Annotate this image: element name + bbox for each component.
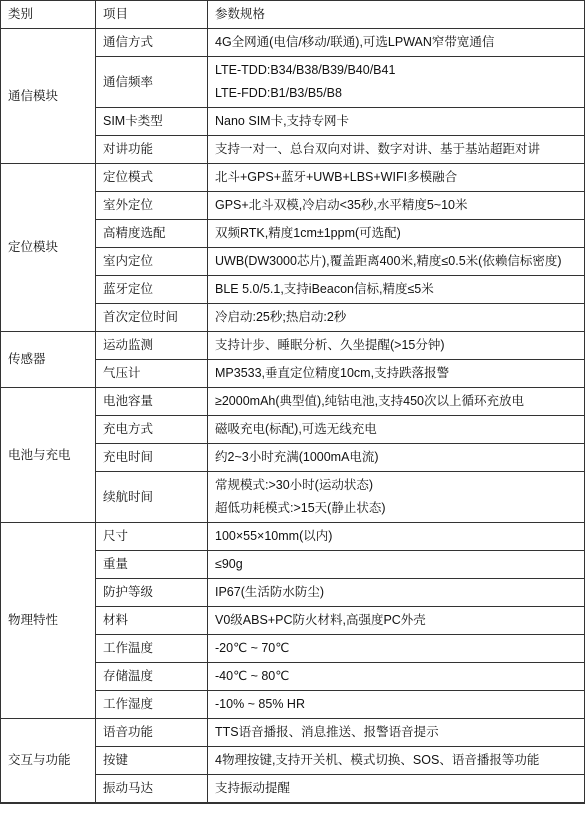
value-line: 磁吸充电(标配),可选无线充电 [215, 418, 577, 441]
value-cell: 北斗+GPS+蓝牙+UWB+LBS+WIFI多模融合 [208, 164, 585, 192]
value-line: MP3533,垂直定位精度10cm,支持跌落报警 [215, 362, 577, 385]
item-cell: SIM卡类型 [96, 108, 208, 136]
value-line: 常规模式:>30小时(运动状态) [215, 474, 577, 497]
item-cell: 气压计 [96, 360, 208, 388]
spec-table-header: 类别 项目 参数规格 [1, 1, 585, 29]
value-cell: 4G全网通(电信/移动/联通),可选LPWAN窄带宽通信 [208, 29, 585, 57]
col-header-spec: 参数规格 [208, 1, 585, 29]
spec-table: 类别 项目 参数规格 通信模块通信方式4G全网通(电信/移动/联通),可选LPW… [0, 0, 585, 804]
value-cell: MP3533,垂直定位精度10cm,支持跌落报警 [208, 360, 585, 388]
value-line: 约2~3小时充满(1000mA电流) [215, 446, 577, 469]
item-cell: 室内定位 [96, 248, 208, 276]
value-cell: -20℃ ~ 70℃ [208, 635, 585, 663]
item-cell: 语音功能 [96, 719, 208, 747]
item-cell: 存储温度 [96, 663, 208, 691]
item-cell: 电池容量 [96, 388, 208, 416]
item-cell: 工作温度 [96, 635, 208, 663]
value-line: 100×55×10mm(以内) [215, 525, 577, 548]
value-line: GPS+北斗双模,冷启动<35秒,水平精度5~10米 [215, 194, 577, 217]
value-line: BLE 5.0/5.1,支持iBeacon信标,精度≤5米 [215, 278, 577, 301]
value-line: 支持一对一、总台双向对讲、数字对讲、基于基站超距对讲 [215, 138, 577, 161]
item-cell: 尺寸 [96, 523, 208, 551]
category-cell: 交互与功能 [1, 719, 96, 804]
value-cell: 常规模式:>30小时(运动状态)超低功耗模式:>15天(静止状态) [208, 472, 585, 523]
item-cell: 工作湿度 [96, 691, 208, 719]
value-cell: -10% ~ 85% HR [208, 691, 585, 719]
value-cell: 磁吸充电(标配),可选无线充电 [208, 416, 585, 444]
item-cell: 振动马达 [96, 775, 208, 804]
item-cell: 室外定位 [96, 192, 208, 220]
value-line: V0级ABS+PC防火材料,高强度PC外壳 [215, 609, 577, 632]
item-cell: 通信方式 [96, 29, 208, 57]
spec-table-body: 通信模块通信方式4G全网通(电信/移动/联通),可选LPWAN窄带宽通信通信频率… [1, 29, 585, 804]
value-cell: Nano SIM卡,支持专网卡 [208, 108, 585, 136]
category-cell: 传感器 [1, 332, 96, 388]
table-row: 定位模块定位模式北斗+GPS+蓝牙+UWB+LBS+WIFI多模融合 [1, 164, 585, 192]
item-cell: 定位模式 [96, 164, 208, 192]
value-cell: 约2~3小时充满(1000mA电流) [208, 444, 585, 472]
item-cell: 高精度选配 [96, 220, 208, 248]
value-line: 4物理按键,支持开关机、模式切换、SOS、语音播报等功能 [215, 749, 577, 772]
value-cell: 100×55×10mm(以内) [208, 523, 585, 551]
value-cell: GPS+北斗双模,冷启动<35秒,水平精度5~10米 [208, 192, 585, 220]
col-header-item: 项目 [96, 1, 208, 29]
value-cell: 支持一对一、总台双向对讲、数字对讲、基于基站超距对讲 [208, 136, 585, 164]
value-cell: BLE 5.0/5.1,支持iBeacon信标,精度≤5米 [208, 276, 585, 304]
value-line: -40℃ ~ 80℃ [215, 665, 577, 688]
value-line: Nano SIM卡,支持专网卡 [215, 110, 577, 133]
item-cell: 充电时间 [96, 444, 208, 472]
value-cell: LTE-TDD:B34/B38/B39/B40/B41LTE-FDD:B1/B3… [208, 57, 585, 108]
value-line: TTS语音播报、消息推送、报警语音提示 [215, 721, 577, 744]
value-cell: IP67(生活防水防尘) [208, 579, 585, 607]
category-cell: 电池与充电 [1, 388, 96, 523]
category-cell: 物理特性 [1, 523, 96, 719]
item-cell: 通信频率 [96, 57, 208, 108]
value-cell: 双频RTK,精度1cm±1ppm(可选配) [208, 220, 585, 248]
table-row: 物理特性尺寸100×55×10mm(以内) [1, 523, 585, 551]
item-cell: 运动监测 [96, 332, 208, 360]
item-cell: 重量 [96, 551, 208, 579]
value-cell: 4物理按键,支持开关机、模式切换、SOS、语音播报等功能 [208, 747, 585, 775]
item-cell: 充电方式 [96, 416, 208, 444]
value-line: 双频RTK,精度1cm±1ppm(可选配) [215, 222, 577, 245]
value-line: ≤90g [215, 553, 577, 576]
value-cell: 支持振动提醒 [208, 775, 585, 804]
value-line: LTE-TDD:B34/B38/B39/B40/B41 [215, 59, 577, 82]
value-cell: TTS语音播报、消息推送、报警语音提示 [208, 719, 585, 747]
value-cell: -40℃ ~ 80℃ [208, 663, 585, 691]
value-cell: UWB(DW3000芯片),覆盖距离400米,精度≤0.5米(依赖信标密度) [208, 248, 585, 276]
value-cell: 支持计步、睡眠分析、久坐提醒(>15分钟) [208, 332, 585, 360]
value-line: -20℃ ~ 70℃ [215, 637, 577, 660]
value-line: IP67(生活防水防尘) [215, 581, 577, 604]
table-row: 通信模块通信方式4G全网通(电信/移动/联通),可选LPWAN窄带宽通信 [1, 29, 585, 57]
value-line: 支持振动提醒 [215, 777, 577, 800]
category-cell: 定位模块 [1, 164, 96, 332]
table-row: 传感器运动监测支持计步、睡眠分析、久坐提醒(>15分钟) [1, 332, 585, 360]
header-row: 类别 项目 参数规格 [1, 1, 585, 29]
value-cell: V0级ABS+PC防火材料,高强度PC外壳 [208, 607, 585, 635]
table-row: 交互与功能语音功能TTS语音播报、消息推送、报警语音提示 [1, 719, 585, 747]
value-cell: 冷启动:25秒;热启动:2秒 [208, 304, 585, 332]
value-line: UWB(DW3000芯片),覆盖距离400米,精度≤0.5米(依赖信标密度) [215, 250, 577, 273]
value-line: 支持计步、睡眠分析、久坐提醒(>15分钟) [215, 334, 577, 357]
value-line: 冷启动:25秒;热启动:2秒 [215, 306, 577, 329]
item-cell: 对讲功能 [96, 136, 208, 164]
value-cell: ≤90g [208, 551, 585, 579]
value-line: ≥2000mAh(典型值),纯钴电池,支持450次以上循环充放电 [215, 390, 577, 413]
item-cell: 首次定位时间 [96, 304, 208, 332]
category-cell: 通信模块 [1, 29, 96, 164]
value-line: 超低功耗模式:>15天(静止状态) [215, 497, 577, 520]
value-line: 4G全网通(电信/移动/联通),可选LPWAN窄带宽通信 [215, 31, 577, 54]
table-row: 电池与充电电池容量≥2000mAh(典型值),纯钴电池,支持450次以上循环充放… [1, 388, 585, 416]
col-header-category: 类别 [1, 1, 96, 29]
item-cell: 续航时间 [96, 472, 208, 523]
item-cell: 按键 [96, 747, 208, 775]
item-cell: 材料 [96, 607, 208, 635]
item-cell: 防护等级 [96, 579, 208, 607]
item-cell: 蓝牙定位 [96, 276, 208, 304]
value-line: LTE-FDD:B1/B3/B5/B8 [215, 82, 577, 105]
value-line: -10% ~ 85% HR [215, 693, 577, 716]
value-cell: ≥2000mAh(典型值),纯钴电池,支持450次以上循环充放电 [208, 388, 585, 416]
value-line: 北斗+GPS+蓝牙+UWB+LBS+WIFI多模融合 [215, 166, 577, 189]
